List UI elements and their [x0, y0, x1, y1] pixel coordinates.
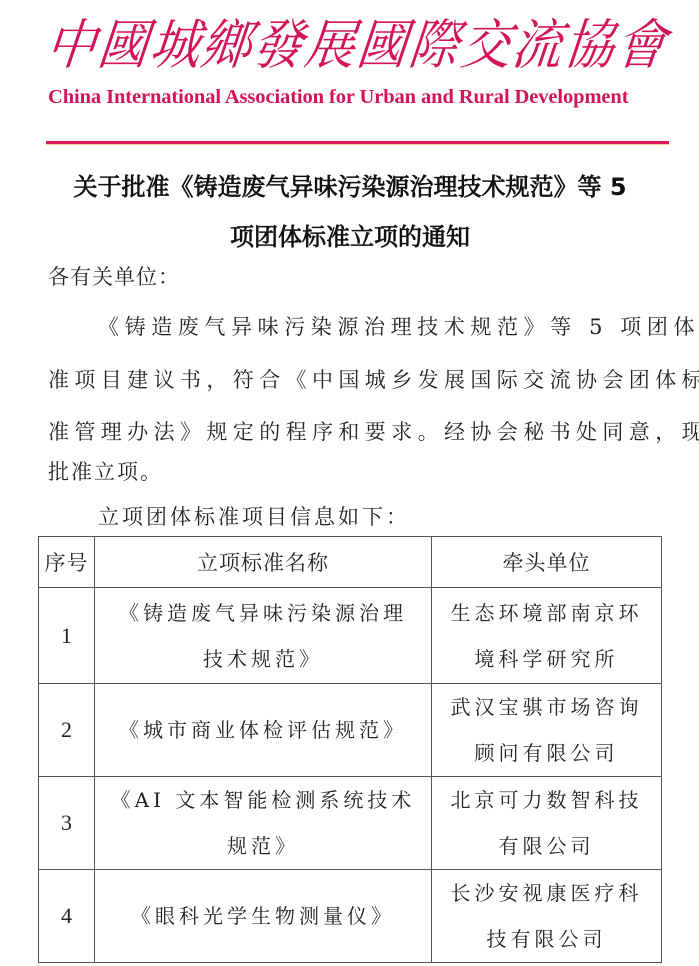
row-number: 4: [39, 870, 95, 963]
letterhead-char: 流: [508, 3, 567, 87]
standard-name-line: 《城市商业体检评估规范》: [95, 707, 431, 753]
standard-name-cell: 《铸造废气异味污染源治理 技术规范》: [95, 588, 432, 684]
standards-table: 序号 立项标准名称 牵头单位 1 《铸造废气异味污染源治理 技术规范》 生态环境…: [38, 536, 662, 963]
letterhead-char: 國: [93, 3, 152, 87]
organization-line: 有限公司: [432, 823, 661, 869]
table-row: 1 《铸造废气异味污染源治理 技术规范》 生态环境部南京环 境科学研究所: [39, 588, 662, 684]
lead-organization-cell: 武汉宝骐市场咨询 顾问有限公司: [432, 684, 662, 777]
organization-line: 技有限公司: [432, 916, 661, 962]
document-title-line-1: 关于批准《铸造废气异味污染源治理技术规范》等 5: [30, 172, 670, 202]
row-number: 3: [39, 777, 95, 870]
letterhead-char: 城: [145, 3, 204, 87]
organization-line: 顾问有限公司: [432, 730, 661, 776]
column-header-number: 序号: [39, 537, 95, 588]
standard-name-line: 《AI 文本智能检测系统技术: [95, 777, 431, 823]
organization-line: 境科学研究所: [432, 636, 661, 682]
organization-line: 武汉宝骐市场咨询: [432, 684, 661, 730]
column-header-standard-name: 立项标准名称: [95, 537, 432, 588]
salutation: 各有关单位：: [48, 263, 180, 291]
organization-line: 生态环境部南京环: [432, 590, 661, 636]
body-paragraph-line: 准项目建议书，符合《中国城乡发展国际交流协会团体标: [48, 366, 699, 394]
standard-name-cell: 《眼科光学生物测量仪》: [95, 870, 432, 963]
letterhead-char: 中: [42, 3, 101, 87]
lead-organization-cell: 北京可力数智科技 有限公司: [432, 777, 662, 870]
standard-name-line: 技术规范》: [95, 636, 431, 682]
body-paragraph-line: 《铸造废气异味污染源治理技术规范》等 5 项团体标: [98, 313, 699, 341]
organization-line: 北京可力数智科技: [432, 777, 661, 823]
letterhead-char: 發: [249, 3, 308, 87]
body-paragraph-line: 批准立项。: [48, 458, 163, 486]
letterhead-char: 交: [456, 3, 515, 87]
letterhead-char: 會: [612, 3, 671, 87]
letterhead-char: 際: [404, 3, 463, 87]
letterhead-char: 協: [560, 3, 619, 87]
table-row: 4 《眼科光学生物测量仪》 长沙安视康医疗科 技有限公司: [39, 870, 662, 963]
letterhead-divider: [46, 141, 669, 144]
column-header-lead-organization: 牵头单位: [432, 537, 662, 588]
letterhead-char: 國: [352, 3, 411, 87]
letterhead-chinese-name: 中 國 城 鄉 發 展 國 際 交 流 協 會: [46, 6, 666, 84]
standard-name-cell: 《城市商业体检评估规范》: [95, 684, 432, 777]
lead-organization-cell: 长沙安视康医疗科 技有限公司: [432, 870, 662, 963]
body-paragraph-line: 准管理办法》规定的程序和要求。经协会秘书处同意，现: [48, 418, 699, 446]
row-number: 2: [39, 684, 95, 777]
letterhead-english-name: China International Association for Urba…: [48, 84, 664, 110]
standard-name-line: 《眼科光学生物测量仪》: [95, 893, 431, 939]
standard-name-line: 《铸造废气异味污染源治理: [95, 590, 431, 636]
letterhead-char: 鄉: [197, 3, 256, 87]
organization-line: 长沙安视康医疗科: [432, 870, 661, 916]
table-intro: 立项团体标准项目信息如下：: [98, 503, 410, 531]
document-title-line-2: 项团体标准立项的通知: [30, 222, 670, 252]
table-row: 3 《AI 文本智能检测系统技术 规范》 北京可力数智科技 有限公司: [39, 777, 662, 870]
letterhead-char: 展: [301, 3, 360, 87]
standard-name-cell: 《AI 文本智能检测系统技术 规范》: [95, 777, 432, 870]
standard-name-line: 规范》: [95, 823, 431, 869]
lead-organization-cell: 生态环境部南京环 境科学研究所: [432, 588, 662, 684]
table-row: 2 《城市商业体检评估规范》 武汉宝骐市场咨询 顾问有限公司: [39, 684, 662, 777]
table-header-row: 序号 立项标准名称 牵头单位: [39, 537, 662, 588]
row-number: 1: [39, 588, 95, 684]
